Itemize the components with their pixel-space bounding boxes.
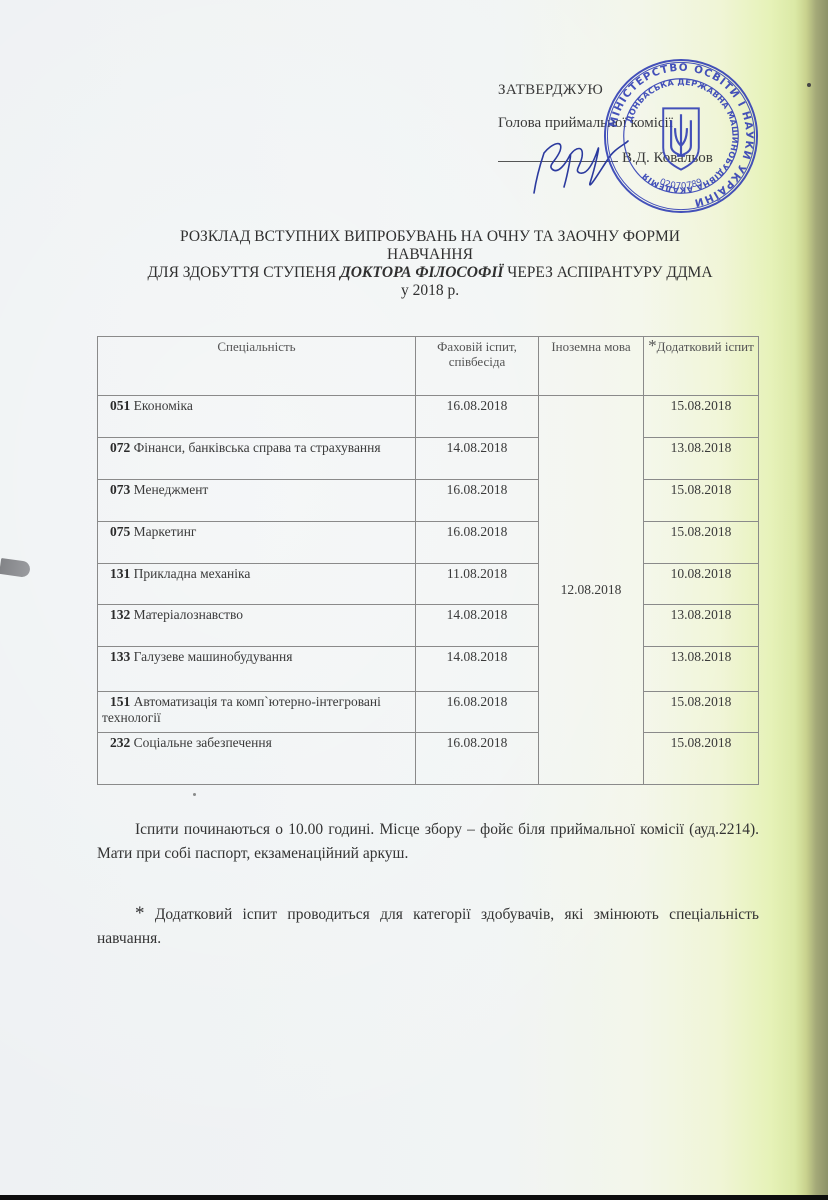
professional-exam-date: 16.08.2018 [416, 522, 539, 564]
table-row: 151 Автоматизація та комп`ютерно-інтегро… [98, 692, 759, 733]
table-row: 131 Прикладна механіка11.08.201810.08.20… [98, 564, 759, 605]
specialty-name: Соціальне забезпечення [134, 735, 272, 750]
table-row: 073 Менеджмент16.08.201815.08.2018 [98, 480, 759, 522]
additional-exam-date: 15.08.2018 [644, 396, 759, 438]
header-additional-exam-label: Додатковий іспит [657, 339, 754, 354]
specialty-cell: 133 Галузеве машинобудування [98, 647, 416, 692]
specialty-cell: 151 Автоматизація та комп`ютерно-інтегро… [98, 692, 416, 733]
approve-label: ЗАТВЕРДЖУЮ [498, 82, 603, 99]
scan-speck [807, 83, 811, 87]
specialty-cell: 073 Менеджмент [98, 480, 416, 522]
footnote-marker: * [135, 903, 145, 924]
specialty-code: 232 [110, 735, 130, 750]
scan-smudge [0, 558, 31, 578]
title-year: у 2018 р. [60, 282, 800, 300]
specialty-code: 051 [110, 398, 130, 413]
document-title: РОЗКЛАД ВСТУПНИХ ВИПРОБУВАНЬ НА ОЧНУ ТА … [60, 228, 800, 300]
specialty-code: 073 [110, 482, 130, 497]
additional-exam-date: 10.08.2018 [644, 564, 759, 605]
scan-border [0, 1195, 828, 1200]
specialty-code: 072 [110, 440, 130, 455]
professional-exam-date: 16.08.2018 [416, 480, 539, 522]
footnote-text: Додатковий іспит проводиться для категор… [97, 906, 759, 947]
professional-exam-date: 16.08.2018 [416, 733, 539, 785]
specialty-code: 132 [110, 607, 130, 622]
title-line-3: ДЛЯ ЗДОБУТТЯ СТУПЕНЯ ДОКТОРА ФІЛОСОФІЇ Ч… [60, 264, 800, 282]
footnote-paragraph: * Додатковий іспит проводиться для катег… [97, 902, 759, 951]
professional-exam-date: 14.08.2018 [416, 605, 539, 647]
header-foreign-language: Іноземна мова [539, 337, 644, 396]
table-row: 072 Фінанси, банківська справа та страху… [98, 438, 759, 480]
title-line-3-end: ЧЕРЕЗ АСПІРАНТУРУ ДДМА [503, 264, 712, 281]
exam-info-text: Іспити починаються о 10.00 годині. Місце… [97, 818, 759, 866]
header-professional-exam: Фаховій іспит, співбесіда [416, 337, 539, 396]
professional-exam-date: 16.08.2018 [416, 692, 539, 733]
official-stamp-icon: МІНІСТЕРСТВО ОСВІТИ І НАУКИ УКРАЇНИ ДОНБ… [602, 57, 760, 215]
header-specialty: Спеціальність [98, 337, 416, 396]
additional-exam-date: 13.08.2018 [644, 647, 759, 692]
additional-exam-date: 15.08.2018 [644, 522, 759, 564]
specialty-name: Галузеве машинобудування [134, 649, 293, 664]
professional-exam-date: 14.08.2018 [416, 438, 539, 480]
specialty-name: Прикладна механіка [134, 566, 251, 581]
professional-exam-date: 14.08.2018 [416, 647, 539, 692]
foreign-language-date: 12.08.2018 [539, 396, 644, 785]
specialty-cell: 232 Соціальне забезпечення [98, 733, 416, 785]
specialty-name: Маркетинг [134, 524, 197, 539]
exam-info-note: Іспити починаються о 10.00 годині. Місце… [97, 818, 759, 866]
specialty-name: Економіка [134, 398, 193, 413]
exam-schedule-table: Спеціальність Фаховій іспит, співбесіда … [97, 336, 759, 785]
table-row: 075 Маркетинг16.08.201815.08.2018 [98, 522, 759, 564]
additional-exam-date: 13.08.2018 [644, 605, 759, 647]
table-row: 232 Соціальне забезпечення16.08.201815.0… [98, 733, 759, 785]
specialty-code: 075 [110, 524, 130, 539]
additional-exam-date: 15.08.2018 [644, 733, 759, 785]
additional-exam-date: 15.08.2018 [644, 480, 759, 522]
additional-exam-date: 13.08.2018 [644, 438, 759, 480]
professional-exam-date: 16.08.2018 [416, 396, 539, 438]
specialty-name: Матеріалознавство [134, 607, 243, 622]
specialty-cell: 132 Матеріалознавство [98, 605, 416, 647]
professional-exam-date: 11.08.2018 [416, 564, 539, 605]
title-line-3-start: ДЛЯ ЗДОБУТТЯ СТУПЕНЯ [147, 264, 340, 281]
specialty-code: 133 [110, 649, 130, 664]
table-row: 132 Матеріалознавство14.08.201813.08.201… [98, 605, 759, 647]
specialty-code: 131 [110, 566, 130, 581]
table-row: 133 Галузеве машинобудування14.08.201813… [98, 647, 759, 692]
specialty-cell: 131 Прикладна механіка [98, 564, 416, 605]
scan-speck [193, 793, 196, 796]
header-additional-exam: *Додатковий іспит [644, 337, 759, 396]
asterisk-marker: * [648, 336, 657, 355]
additional-exam-date: 15.08.2018 [644, 692, 759, 733]
degree-emphasis: ДОКТОРА ФІЛОСОФІЇ [340, 264, 503, 281]
footnote: * Додатковий іспит проводиться для катег… [97, 902, 759, 951]
title-line-1: РОЗКЛАД ВСТУПНИХ ВИПРОБУВАНЬ НА ОЧНУ ТА … [60, 228, 800, 246]
title-line-2: НАВЧАННЯ [60, 246, 800, 264]
table-header-row: Спеціальність Фаховій іспит, співбесіда … [98, 337, 759, 396]
specialty-cell: 072 Фінанси, банківська справа та страху… [98, 438, 416, 480]
specialty-name: Менеджмент [134, 482, 209, 497]
specialty-cell: 075 Маркетинг [98, 522, 416, 564]
specialty-cell: 051 Економіка [98, 396, 416, 438]
specialty-name: Фінанси, банківська справа та страхуванн… [134, 440, 381, 455]
specialty-name: Автоматизація та комп`ютерно-інтегровані… [102, 694, 381, 725]
specialty-code: 151 [110, 694, 130, 709]
table-row: 051 Економіка16.08.201812.08.201815.08.2… [98, 396, 759, 438]
